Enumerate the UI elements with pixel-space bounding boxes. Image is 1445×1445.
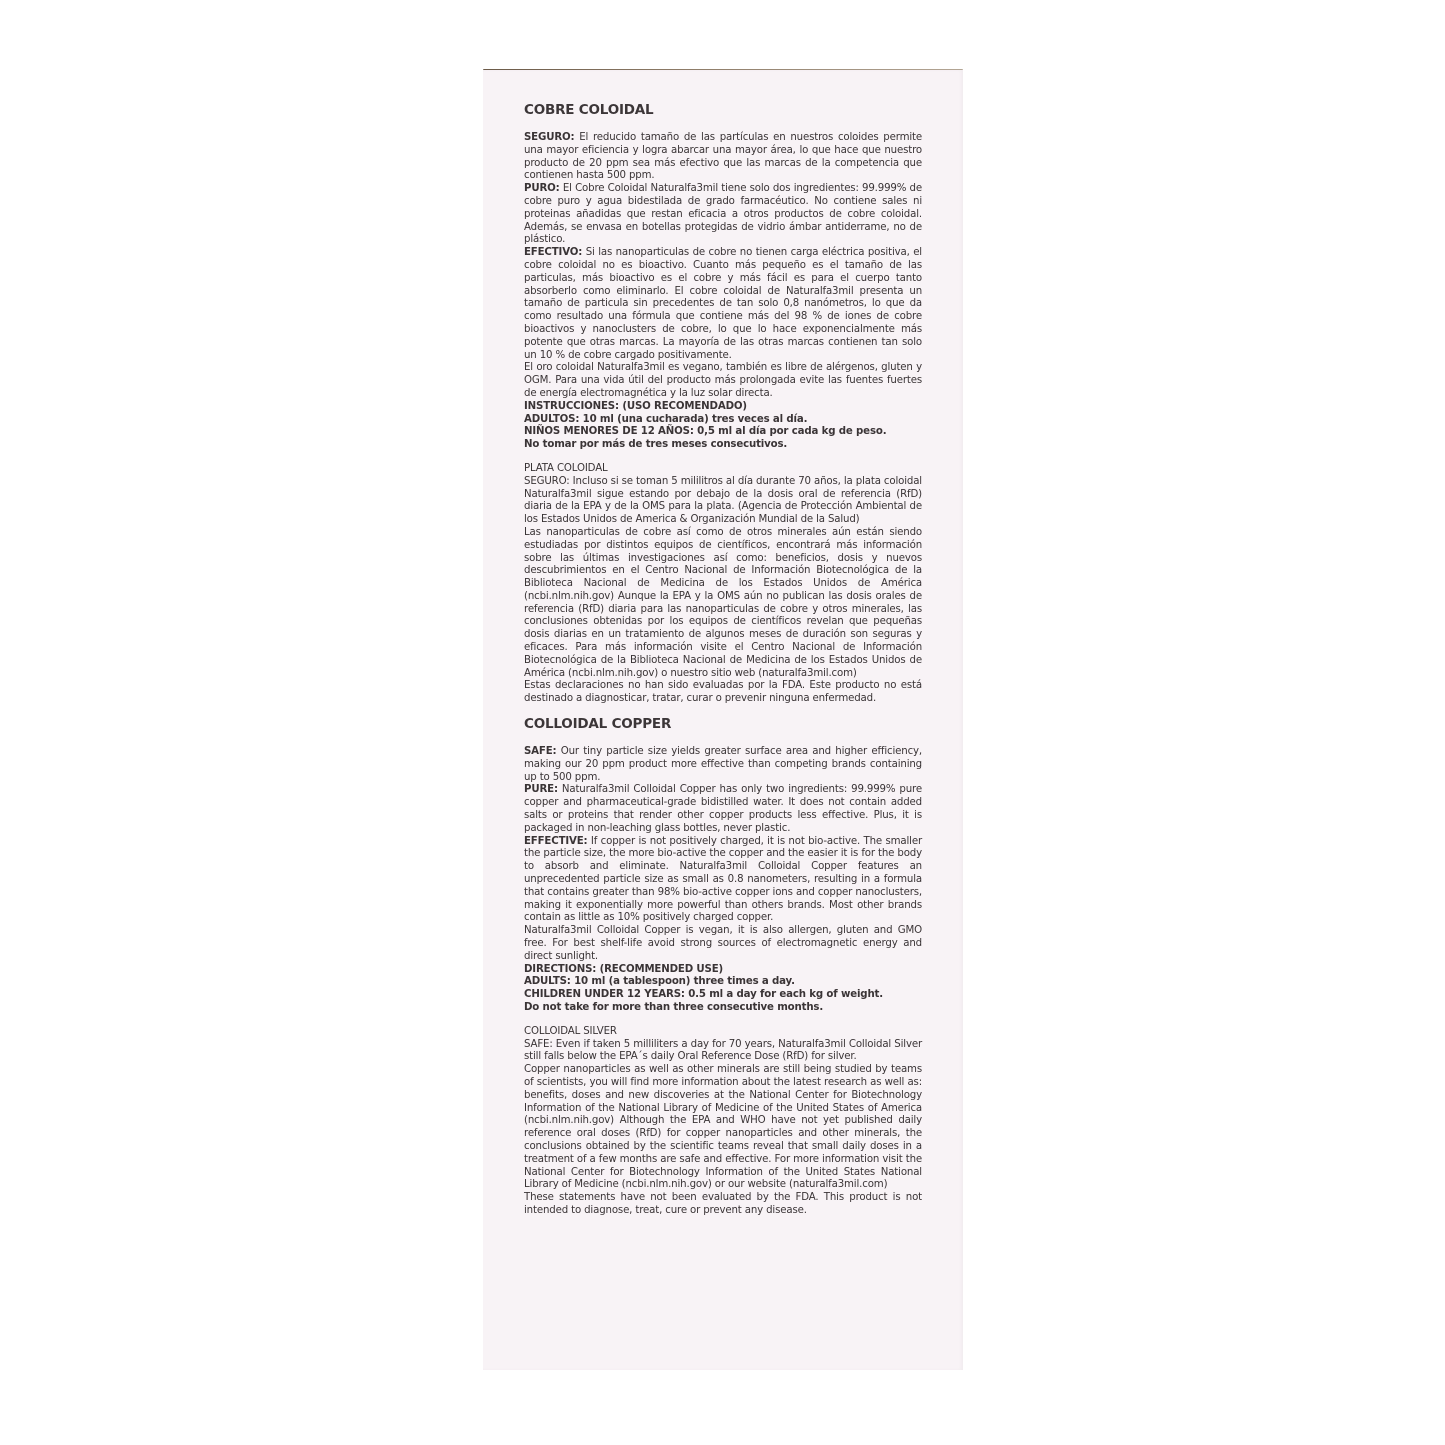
directions-heading: DIRECTIONS: (RECOMMENDED USE) <box>524 964 922 977</box>
nanoparticulas-paragraph: Las nanoparticulas de cobre así como de … <box>524 527 922 681</box>
label-text: COBRE COLOIDAL SEGURO: El reducido tamañ… <box>524 100 922 1218</box>
safe-paragraph: SAFE: Our tiny particle size yields grea… <box>524 746 922 784</box>
ninos-dose: NIÑOS MENORES DE 12 AÑOS: 0,5 ml al día … <box>524 426 922 439</box>
puro-paragraph: PURO: El Cobre Coloidal Naturalfa3mil ti… <box>524 183 922 247</box>
efectivo-paragraph: EFECTIVO: Si las nanoparticulas de cobre… <box>524 247 922 362</box>
no-tomar-warning: No tomar por más de tres meses consecuti… <box>524 439 922 452</box>
safe-label: SAFE: <box>524 746 556 757</box>
pure-text: Naturalfa3mil Colloidal Copper has only … <box>524 784 922 833</box>
children-dose: CHILDREN UNDER 12 YEARS: 0.5 ml a day fo… <box>524 989 922 1002</box>
heading-colloidal-copper: COLLOIDAL COPPER <box>524 716 922 732</box>
seguro-text: El reducido tamaño de las partículas en … <box>524 132 922 181</box>
effective-label: EFFECTIVE: <box>524 836 587 847</box>
vegano-paragraph: El oro coloidal Naturalfa3mil es vegano,… <box>524 362 922 400</box>
seguro-label: SEGURO: <box>524 132 574 143</box>
efectivo-label: EFECTIVO: <box>524 247 582 258</box>
effective-paragraph: EFFECTIVE: If copper is not positively c… <box>524 836 922 926</box>
pure-paragraph: PURE: Naturalfa3mil Colloidal Copper has… <box>524 784 922 835</box>
pure-label: PURE: <box>524 784 558 795</box>
adults-dose: ADULTS: 10 ml (a tablespoon) three times… <box>524 976 922 989</box>
nanoparticles-paragraph: Copper nanoparticles as well as other mi… <box>524 1064 922 1192</box>
heading-cobre-coloidal: COBRE COLOIDAL <box>524 102 922 118</box>
heading-colloidal-silver: COLLOIDAL SILVER <box>524 1026 922 1039</box>
do-not-take-warning: Do not take for more than three consecut… <box>524 1002 922 1015</box>
plata-seguro-paragraph: SEGURO: Incluso si se toman 5 mililitros… <box>524 476 922 527</box>
safe-text: Our tiny particle size yields greater su… <box>524 746 922 783</box>
fda-disclaimer-es: Estas declaraciones no han sido evaluada… <box>524 680 922 706</box>
seguro-paragraph: SEGURO: El reducido tamaño de las partíc… <box>524 132 922 183</box>
vegan-paragraph: Naturalfa3mil Colloidal Copper is vegan,… <box>524 925 922 963</box>
adultos-dose: ADULTOS: 10 ml (una cucharada) tres vece… <box>524 414 922 427</box>
fda-disclaimer-en: These statements have not been evaluated… <box>524 1192 922 1218</box>
heading-plata-coloidal: PLATA COLOIDAL <box>524 463 922 476</box>
effective-text: If copper is not positively charged, it … <box>524 836 922 924</box>
puro-text: El Cobre Coloidal Naturalfa3mil tiene so… <box>524 183 922 245</box>
efectivo-text: Si las nanoparticulas de cobre no tienen… <box>524 247 922 360</box>
silver-safe-paragraph: SAFE: Even if taken 5 milliliters a day … <box>524 1039 922 1065</box>
instrucciones-heading: INSTRUCCIONES: (USO RECOMENDADO) <box>524 401 922 414</box>
puro-label: PURO: <box>524 183 560 194</box>
